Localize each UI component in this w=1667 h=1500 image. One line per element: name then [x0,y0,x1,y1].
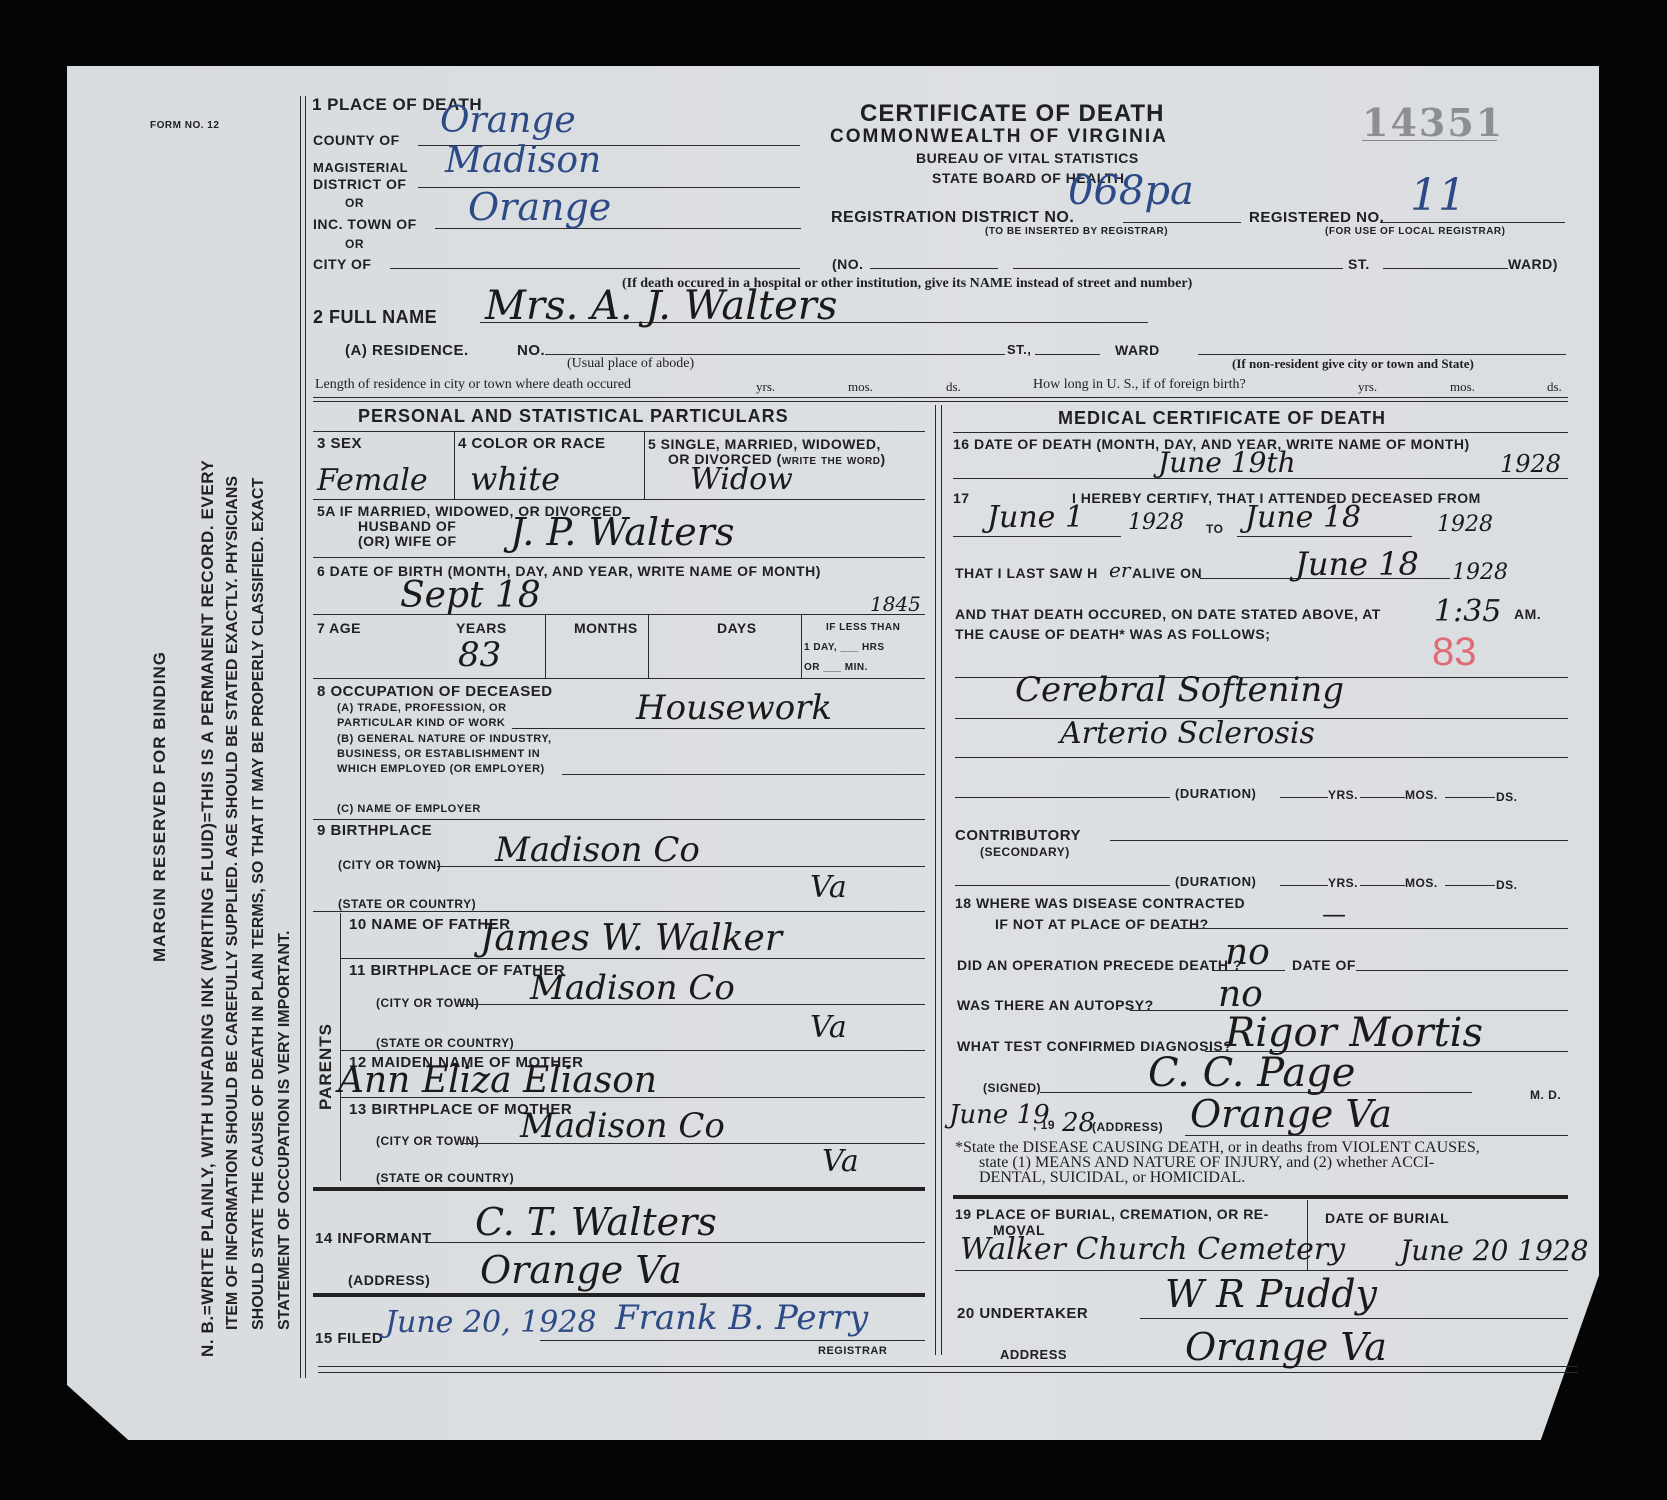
or-label-2: OR [345,237,364,251]
footnote-line-1: *State the DISEASE CAUSING DEATH, or in … [955,1140,1480,1155]
cause-label: THE CAUSE OF DEATH* WAS AS FOLLOWS; [955,626,1270,642]
full-name-label: 2 FULL NAME [313,307,437,328]
column-divider-2 [941,405,942,1355]
occupation-c: (C) NAME OF EMPLOYER [337,803,481,815]
dod-year: 1928 [1500,450,1561,478]
duration-ds-line-2 [1445,885,1495,886]
occupation-b-1: (B) GENERAL NATURE OF INDUSTRY, [337,733,552,745]
registration-district-line [1123,222,1241,223]
row-line-age [313,678,925,679]
margin-instruction-2: ITEM OF INFORMATION SHOULD BE CAREFULLY … [224,476,242,1330]
registration-district-note: (TO BE INSERTED BY REGISTRAR) [985,226,1168,237]
burial-date-value: June 20 1928 [1400,1234,1589,1267]
registered-no-value: 11 [1410,170,1466,221]
mother-value: Ann Eliza Eliason [338,1060,657,1101]
certificate-paper [67,66,1599,1440]
race-marital-divider [644,432,645,499]
last-saw-line [1200,578,1450,579]
dob-year: 1845 [870,592,921,616]
md-label: M. D. [1530,1088,1561,1102]
occupation-a-1: (A) TRADE, PROFESSION, OR [337,702,507,714]
residence-divider-2 [313,401,1568,402]
spouse-label-2: HUSBAND OF [358,518,456,534]
certificate-number: 14351 [1362,100,1504,145]
street-no-line [870,268,998,269]
length-mos: mos. [848,379,873,395]
form-border-left-inner [305,96,306,1378]
item-17-number: 17 [953,490,970,506]
item-18-label-2: IF NOT AT PLACE OF DEATH? [995,916,1209,932]
autopsy-label: WAS THERE AN AUTOPSY? [957,997,1154,1013]
margin-instruction-4: STATEMENT OF OCCUPATION IS VERY IMPORTAN… [276,931,294,1330]
residence-label: (A) RESIDENCE. [345,342,469,359]
residence-st-label: ST., [1007,342,1031,357]
secondary-label: (SECONDARY) [980,845,1070,859]
residence-divider [313,397,1568,398]
duration-mos-1: MOS. [1405,788,1438,802]
registered-no-note: (FOR USE OF LOCAL REGISTRAR) [1325,226,1505,237]
occupation-a-2: PARTICULAR KIND OF WORK [337,717,505,729]
duration-line-2a [955,885,1170,886]
commonwealth-title: COMMONWEALTH OF VIRGINIA [830,126,1168,148]
county-value: Orange [440,100,576,141]
physician-signature: C. C. Page [1148,1050,1355,1096]
filed-label: 15 FILED [315,1330,383,1347]
where-contracted-value: — [1322,900,1346,928]
marital-value: Widow [690,462,793,497]
age-years-value: 83 [458,635,501,675]
form-border-left [300,96,301,1378]
physician-address-label: (ADDRESS) [1092,1120,1163,1134]
duration-mos-line-2 [1360,885,1405,886]
margin-instruction-1: N. B.=WRITE PLAINLY, WITH UNFADING INK (… [198,460,218,1357]
town-value: Orange [468,185,611,229]
informant-label: 14 INFORMANT [315,1230,432,1247]
registration-district-value: 068pa [1068,168,1194,214]
burial-date-label: DATE OF BURIAL [1325,1210,1449,1226]
duration-label-1: (DURATION) [1175,786,1256,801]
informant-address-label: (ADDRESS) [348,1272,430,1288]
foreign-yrs: yrs. [1358,379,1377,395]
length-ds: ds. [946,379,961,395]
dob-value: Sept 18 [400,575,541,616]
age-divider-2 [648,614,649,678]
spouse-label-3: (OR) WIFE OF [358,533,457,549]
sex-race-divider [454,432,455,499]
margin-instruction-3: SHOULD STATE THE CAUSE OF DEATH IN PLAIN… [250,478,268,1330]
street-st-label: ST. [1348,256,1370,272]
duration-yrs-2: YRS. [1328,876,1358,890]
duration-mos-line-1 [1360,797,1405,798]
magisterial-value: Madison [445,140,601,181]
cause-primary-1: Cerebral Softening [1015,670,1344,710]
undertaker-value: W R Puddy [1165,1272,1377,1316]
undertaker-label: 20 UNDERTAKER [957,1305,1088,1322]
father-value: James W. Walker [480,918,782,959]
duration-label-2: (DURATION) [1175,874,1256,889]
physician-address-value: Orange Va [1190,1092,1392,1136]
duration-mos-2: MOS. [1405,876,1438,890]
footnote-line-2: state (1) MEANS AND NATURE OF INJURY, an… [955,1155,1480,1170]
physician-address-line [1185,1135,1568,1136]
autopsy-value: no [1218,974,1263,1015]
father-bp-city-value: Madison Co [530,968,735,1008]
duration-ds-1: DS. [1496,790,1518,804]
occupation-line [512,728,925,729]
signed-label: (SIGNED) [983,1081,1041,1095]
birthplace-state-value: Va [810,870,847,905]
parents-bottom-rule [313,1187,925,1191]
dob-label: 6 DATE OF BIRTH (MONTH, DAY, AND YEAR, W… [317,563,821,579]
operation-value: no [1225,932,1270,973]
row-line-sex [313,499,925,500]
undertaker-address-label: ADDRESS [1000,1347,1067,1362]
last-saw-pronoun: er [1109,558,1130,582]
or-label-1: OR [345,196,364,210]
street-no-label: (NO. [832,256,864,272]
dod-line [953,478,1568,479]
father-bp-state-value: Va [810,1010,847,1045]
mother-bp-city-value: Madison Co [520,1106,725,1146]
county-label: COUNTY OF [313,132,400,148]
age-label: 7 AGE [317,620,361,636]
father-bp-city-label: (CITY OR TOWN) [376,996,479,1010]
ward-line [1383,268,1508,269]
item-18-label-1: 18 WHERE WAS DISEASE CONTRACTED [955,895,1245,911]
duration-line-1a [955,797,1170,798]
nonresident-note: (If non-resident give city or town and S… [1232,356,1474,372]
registration-district-label: REGISTRATION DISTRICT NO. [831,209,1074,227]
residence-no-label: NO. [517,342,545,359]
operation-label: DID AN OPERATION PRECEDE DEATH ? [957,957,1242,973]
burial-line [955,1270,1568,1271]
industry-line [562,774,925,775]
attended-from-year: 1928 [1128,510,1184,535]
item-18-line [1180,928,1568,929]
last-saw-year: 1928 [1452,560,1508,585]
row-line-father [340,958,925,959]
signed-year: 28 [1062,1108,1095,1138]
occupation-label: 8 OCCUPATION OF DECEASED [317,683,553,700]
street-line [1013,268,1343,269]
duration-yrs-line-2 [1280,885,1328,886]
foreign-mos: mos. [1450,379,1475,395]
birthplace-city-value: Madison Co [495,830,700,870]
years-label: YEARS [456,620,507,636]
bottom-rule-2 [318,1372,1578,1373]
registered-no-line [1380,222,1565,223]
sex-value: Female [317,463,428,498]
contributory-label: CONTRIBUTORY [955,827,1081,844]
dod-value: June 19th [1158,446,1296,479]
attended-to-label: TO [1206,522,1223,536]
occupation-b-2: BUSINESS, OR ESTABLISHMENT IN [337,748,540,760]
magisterial-label-2: DISTRICT OF [313,176,406,192]
cause-primary-2: Arterio Sclerosis [1060,716,1315,751]
length-of-residence-label: Length of residence in city or town wher… [315,377,631,393]
birthplace-state-label: (STATE OR COUNTRY) [338,897,476,911]
date-of-line [1356,970,1568,971]
duration-yrs-line-1 [1280,797,1328,798]
row-line-father-bp [340,1050,925,1051]
personal-heading: PERSONAL AND STATISTICAL PARTICULARS [358,406,789,427]
city-line [390,268,800,269]
row-line-dob [313,614,925,615]
mother-bp-state-label: (STATE OR COUNTRY) [376,1171,514,1185]
attended-from: June 1 [987,500,1084,535]
registrar-signature: Frank B. Perry [615,1298,868,1338]
residence-line [545,354,1005,355]
days-label: DAYS [717,620,757,636]
registrar-label: REGISTRAR [818,1345,887,1357]
race-label: 4 COLOR OR RACE [458,435,606,452]
certificate-number-underline [1362,140,1497,141]
attended-to-line [1237,536,1412,537]
duration-ds-line-1 [1445,797,1495,798]
last-saw-label-1: THAT I LAST SAW H [955,565,1098,581]
abode-note: (Usual place of abode) [567,356,694,372]
residence-st-line [1035,354,1100,355]
spouse-value: J. P. Walters [510,510,734,554]
filed-line [540,1340,925,1341]
classification-code: 83 [1432,630,1477,675]
occupation-value: Housework [636,688,832,728]
informant-bottom-rule [313,1293,925,1297]
mother-bp-state-value: Va [822,1144,859,1179]
burial-place-label-1: 19 PLACE OF BURIAL, CREMATION, OR RE- [955,1206,1269,1222]
attended-to-year: 1928 [1437,512,1493,537]
less-than-label-1: IF LESS THAN [826,622,900,633]
undertaker-line [1140,1318,1568,1319]
mother-bp-city-label: (CITY OR TOWN) [376,1134,479,1148]
parents-bracket [340,913,341,1181]
race-value: white [470,460,560,498]
registered-no-label: REGISTERED NO. [1249,209,1384,226]
bottom-rule-1 [318,1366,1578,1367]
medical-heading: MEDICAL CERTIFICATE OF DEATH [1058,408,1386,429]
row-line-spouse [313,557,925,558]
months-label: MONTHS [574,620,638,636]
medical-bottom-rule [953,1195,1568,1199]
less-than-label-2: 1 DAY, ___ HRS [804,642,885,653]
ward-label: WARD) [1508,256,1558,272]
personal-heading-line [313,431,925,432]
last-saw-label-2: ALIVE ON [1132,565,1202,581]
am-pm-label: AM. [1514,606,1541,622]
time-label: AND THAT DEATH OCCURED, ON DATE STATED A… [955,606,1381,622]
age-divider-3 [801,614,802,678]
residence-ward-label: WARD [1115,342,1160,358]
row-line-occupation [313,819,925,820]
certificate-title: CERTIFICATE OF DEATH [860,100,1164,128]
town-label: INC. TOWN OF [313,216,417,232]
occupation-b-3: WHICH EMPLOYED (OR EMPLOYER) [337,763,545,775]
burial-place-value: Walker Church Cemetery [960,1232,1345,1267]
length-yrs: yrs. [756,379,775,395]
cause-footnote: *State the DISEASE CAUSING DEATH, or in … [955,1140,1480,1185]
footnote-line-3: DENTAL, SUICIDAL, or HOMICIDAL. [955,1170,1480,1185]
marital-label-1: 5 SINGLE, MARRIED, WIDOWED, [648,436,881,452]
bureau-label: BUREAU OF VITAL STATISTICS [916,150,1139,166]
foreign-ds: ds. [1547,379,1562,395]
city-label: CITY OF [313,256,371,272]
parents-label: PARENTS [316,1023,336,1110]
magisterial-label-1: MAGISTERIAL [313,160,408,175]
contributory-line [1110,840,1568,841]
sex-label: 3 SEX [317,435,362,452]
date-of-label: DATE OF [1292,957,1356,973]
signed-year-prefix: , 19 [1033,1118,1055,1132]
father-bp-state-label: (STATE OR COUNTRY) [376,1036,514,1050]
full-name-value: Mrs. A. J. Walters [485,283,837,329]
undertaker-address-value: Orange Va [1185,1325,1387,1369]
duration-ds-2: DS. [1496,878,1518,892]
row-line-mother [340,1097,925,1098]
birthplace-label: 9 BIRTHPLACE [317,822,432,839]
margin-binding-note: MARGIN RESERVED FOR BINDING [150,651,170,962]
attended-from-line [953,536,1121,537]
age-divider-1 [545,614,546,678]
less-than-label-3: OR ___ MIN. [804,662,868,673]
column-divider [935,405,936,1355]
attended-to: June 18 [1245,500,1361,535]
row-line-birthplace [313,911,925,912]
medical-heading-line [953,432,1568,433]
birthplace-city-label: (CITY OR TOWN) [338,858,441,872]
informant-value: C. T. Walters [475,1200,717,1244]
foreign-birth-label: How long in U. S., if of foreign birth? [1033,377,1246,393]
informant-address-value: Orange Va [480,1248,682,1292]
filed-date: June 20, 1928 [385,1305,597,1340]
death-time: 1:35 [1434,594,1501,629]
residence-ward-line [1198,354,1566,355]
form-number: FORM NO. 12 [150,120,219,131]
cause-line-2 [955,757,1568,758]
duration-yrs-1: YRS. [1328,788,1358,802]
